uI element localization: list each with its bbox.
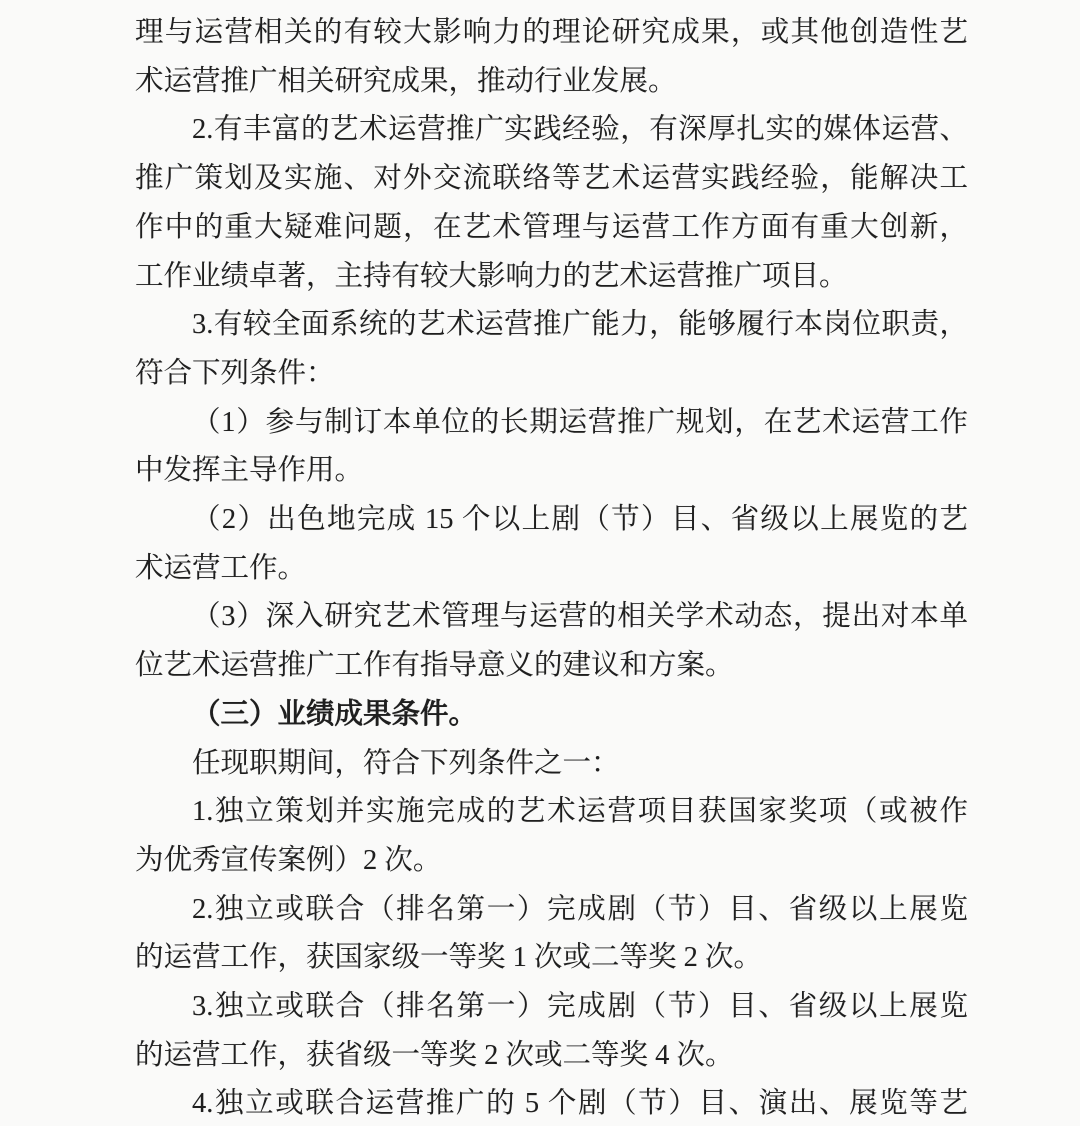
text-line: 任现职期间，符合下列条件之一： [135,740,968,789]
section-heading: （三）业绩成果条件。 [135,691,968,740]
text-line: 的运营工作，获国家级一等奖 1 次或二等奖 2 次。 [135,934,968,983]
text-line: 的运营工作，获省级一等奖 2 次或二等奖 4 次。 [135,1032,968,1081]
text-line: 术运营推广相关研究成果，推动行业发展。 [135,58,968,107]
text-line: 位艺术运营推广工作有指导意义的建议和方案。 [135,642,968,691]
text-line: 3.有较全面系统的艺术运营推广能力，能够履行本岗位职责， [135,301,968,350]
text-line: 2.有丰富的艺术运营推广实践经验，有深厚扎实的媒体运营、 [135,106,968,155]
text-line: 为优秀宣传案例）2 次。 [135,837,968,886]
text-line: 理与运营相关的有较大影响力的理论研究成果，或其他创造性艺 [135,9,968,58]
text-line: 符合下列条件： [135,350,968,399]
text-line: （3）深入研究艺术管理与运营的相关学术动态，提出对本单 [135,593,968,642]
text-line: 工作业绩卓著，主持有较大影响力的艺术运营推广项目。 [135,253,968,302]
text-line: 中发挥主导作用。 [135,447,968,496]
text-line: 3.独立或联合（排名第一）完成剧（节）目、省级以上展览 [135,983,968,1032]
text-line: 2.独立或联合（排名第一）完成剧（节）目、省级以上展览 [135,886,968,935]
document-page: 理与运营相关的有较大影响力的理论研究成果，或其他创造性艺 术运营推广相关研究成果… [0,0,1080,1126]
text-line: 推广策划及实施、对外交流联络等艺术运营实践经验，能解决工 [135,155,968,204]
text-line: 作中的重大疑难问题，在艺术管理与运营工作方面有重大创新， [135,204,968,253]
text-line: 1.独立策划并实施完成的艺术运营项目获国家奖项（或被作 [135,788,968,837]
text-line: （1）参与制订本单位的长期运营推广规划，在艺术运营工作 [135,399,968,448]
text-line: 术运营工作。 [135,545,968,594]
text-line: 4.独立或联合运营推广的 5 个剧（节）目、演出、展览等艺 [135,1080,968,1126]
text-line: （2）出色地完成 15 个以上剧（节）目、省级以上展览的艺 [135,496,968,545]
